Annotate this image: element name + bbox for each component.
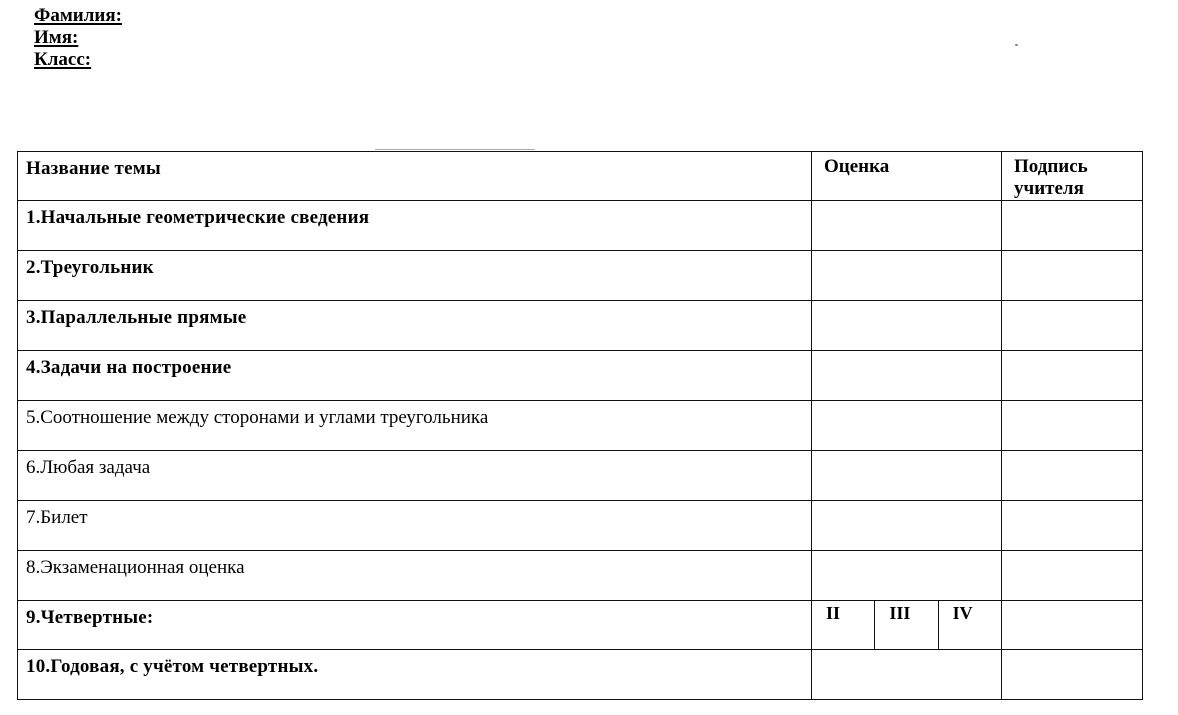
grade-cell[interactable] [812, 251, 1002, 301]
column-header-topic: Название темы [18, 152, 812, 201]
topic-cell: 2.Треугольник [18, 251, 812, 301]
class-label: Класс: [34, 49, 122, 71]
grade-cell[interactable] [812, 201, 1002, 251]
name-label: Имя: [34, 27, 122, 49]
topic-cell: 3.Параллельные прямые [18, 301, 812, 351]
column-header-signature: Подпись учителя [1002, 152, 1143, 201]
table-row: 4.Задачи на построение [18, 351, 1143, 401]
table-row-quarters: 9.Четвертные: II III IV [18, 601, 1143, 650]
signature-cell[interactable] [1002, 201, 1143, 251]
column-header-grade: Оценка [812, 152, 1002, 201]
table-header-row: Название темы Оценка Подпись учителя [18, 152, 1143, 201]
table-row: 6.Любая задача [18, 451, 1143, 501]
student-info-fields: Фамилия: Имя: Класс: [34, 5, 122, 71]
table-row: 5.Соотношение между сторонами и углами т… [18, 401, 1143, 451]
grade-cell[interactable] [812, 650, 1002, 700]
signature-cell[interactable] [1002, 501, 1143, 551]
grade-cell[interactable] [812, 401, 1002, 451]
signature-cell[interactable] [1002, 301, 1143, 351]
topic-cell: 1.Начальные геометрические сведения [18, 201, 812, 251]
table-row: 10.Годовая, с учётом четвертных. [18, 650, 1143, 700]
topic-cell: 4.Задачи на построение [18, 351, 812, 401]
topic-cell: 8.Экзаменационная оценка [18, 551, 812, 601]
grade-cell[interactable] [812, 351, 1002, 401]
table-row: 7.Билет [18, 501, 1143, 551]
topic-cell: 7.Билет [18, 501, 812, 551]
table-row: 8.Экзаменационная оценка [18, 551, 1143, 601]
grade-cell[interactable] [812, 501, 1002, 551]
topic-cell: 5.Соотношение между сторонами и углами т… [18, 401, 812, 451]
grade-cell[interactable] [812, 551, 1002, 601]
table-row: 2.Треугольник [18, 251, 1143, 301]
quarter-cell-iv[interactable]: IV [938, 601, 1001, 650]
grades-table: Название темы Оценка Подпись учителя 1.Н… [17, 151, 1143, 700]
topic-cell: 9.Четвертные: [18, 601, 812, 650]
signature-cell[interactable] [1002, 650, 1143, 700]
signature-cell[interactable] [1002, 251, 1143, 301]
signature-cell[interactable] [1002, 551, 1143, 601]
scan-speck [375, 149, 535, 150]
scan-speck [1015, 44, 1018, 46]
topic-cell: 6.Любая задача [18, 451, 812, 501]
signature-cell[interactable] [1002, 451, 1143, 501]
signature-cell[interactable] [1002, 601, 1143, 650]
quarter-cell-ii[interactable]: II [812, 601, 875, 650]
table-row: 1.Начальные геометрические сведения [18, 201, 1143, 251]
grade-cell[interactable] [812, 451, 1002, 501]
table-row: 3.Параллельные прямые [18, 301, 1143, 351]
signature-cell[interactable] [1002, 351, 1143, 401]
surname-label: Фамилия: [34, 5, 122, 27]
topic-cell: 10.Годовая, с учётом четвертных. [18, 650, 812, 700]
grade-cell[interactable] [812, 301, 1002, 351]
signature-cell[interactable] [1002, 401, 1143, 451]
quarter-cell-iii[interactable]: III [875, 601, 938, 650]
